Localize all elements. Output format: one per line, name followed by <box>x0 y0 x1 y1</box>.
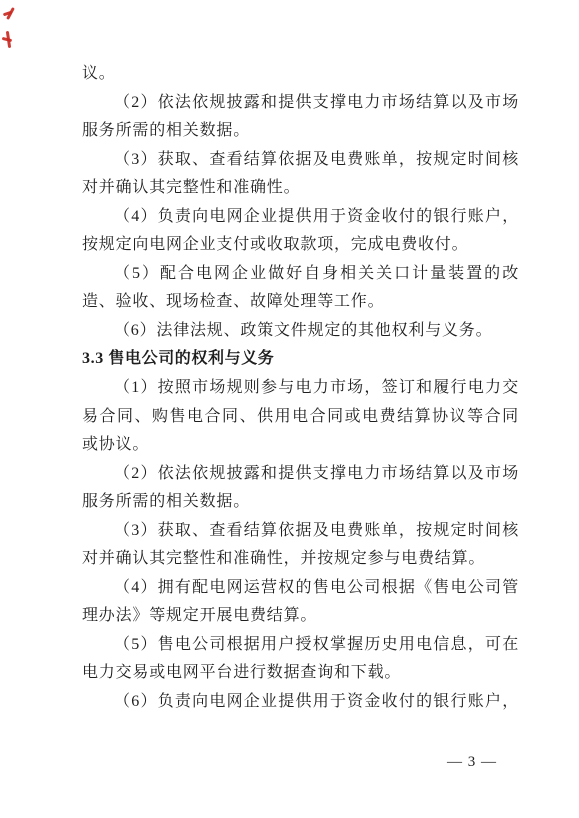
page-number: — 3 — <box>447 753 497 771</box>
text-line: 对并确认其完整性和准确性。 <box>82 174 519 203</box>
text-line: （5）售电公司根据用户授权掌握历史用电信息，可在 <box>82 631 519 660</box>
text-line: 议。 <box>82 60 519 89</box>
text-line: 造、验收、现场检查、故障处理等工作。 <box>82 288 519 317</box>
text-line: （3）获取、查看结算依据及电费账单，按规定时间核 <box>82 517 519 546</box>
text-line: （5）配合电网企业做好自身相关关口计量装置的改 <box>82 260 519 289</box>
document-body: 议。 （2）依法依规披露和提供支撑电力市场结算以及市场 服务所需的相关数据。 （… <box>82 60 519 717</box>
text-line: 对并确认其完整性和准确性，并按规定参与电费结算。 <box>82 545 519 574</box>
text-line: （4）负责向电网企业提供用于资金收付的银行账户， <box>82 203 519 232</box>
section-heading-3-3: 3.3 售电公司的权利与义务 <box>82 345 519 374</box>
text-line: （2）依法依规披露和提供支撑电力市场结算以及市场 <box>82 89 519 118</box>
text-line: 服务所需的相关数据。 <box>82 117 519 146</box>
text-line: 按规定向电网企业支付或收取款项，完成电费收付。 <box>82 231 519 260</box>
text-line: （1）按照市场规则参与电力市场，签订和履行电力交 <box>82 374 519 403</box>
text-line: 服务所需的相关数据。 <box>82 488 519 517</box>
text-line: 理办法》等规定开展电费结算。 <box>82 602 519 631</box>
red-stamp-marks <box>0 0 30 60</box>
text-line: 电力交易或电网平台进行数据查询和下载。 <box>82 659 519 688</box>
text-line: 易合同、购售电合同、供用电合同或电费结算协议等合同 <box>82 403 519 432</box>
text-line: 或协议。 <box>82 431 519 460</box>
text-line: （6）法律法规、政策文件规定的其他权利与义务。 <box>82 317 519 346</box>
text-line: （3）获取、查看结算依据及电费账单，按规定时间核 <box>82 146 519 175</box>
document-page: 议。 （2）依法依规披露和提供支撑电力市场结算以及市场 服务所需的相关数据。 （… <box>0 0 579 818</box>
text-line: （4）拥有配电网运营权的售电公司根据《售电公司管 <box>82 574 519 603</box>
text-line: （6）负责向电网企业提供用于资金收付的银行账户， <box>82 688 519 717</box>
text-line: （2）依法依规披露和提供支撑电力市场结算以及市场 <box>82 460 519 489</box>
